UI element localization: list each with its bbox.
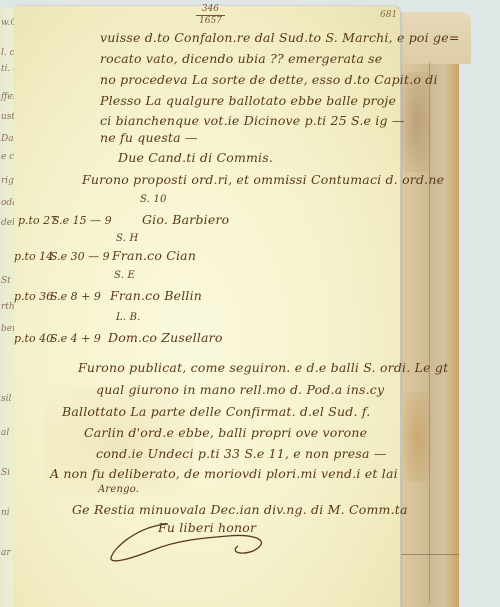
- folio-number-corner: 681: [380, 10, 397, 20]
- manuscript-line: Plesso La qualgure ballotato ebbe balle …: [100, 93, 396, 108]
- vellum-wrapper-edge: [401, 12, 459, 607]
- facing-page-fragment: ni: [1, 508, 10, 518]
- signature-text: Fu liberi honor: [158, 520, 256, 535]
- facing-page-fragment: sil: [1, 394, 11, 404]
- vote-tally-value: S.e 15 — 9: [52, 214, 112, 227]
- folio-lower: 1657: [196, 15, 225, 27]
- candidate-sponsor: S. 10: [140, 194, 167, 205]
- manuscript-line: A non fu deliberato, de moriovdi plori.m…: [50, 466, 398, 481]
- folio-number-top: 346 1657: [196, 4, 225, 27]
- facing-page-fragment: Si: [1, 468, 10, 478]
- manuscript-line: Arengo.: [98, 484, 139, 495]
- candidate-name: Fran.co Bellin: [110, 288, 202, 303]
- manuscript-line: Ballottato La parte delle Confirmat. d.e…: [62, 404, 370, 419]
- vote-tally-value: S.e 8 + 9: [50, 290, 101, 303]
- facing-page-fragment: al: [1, 428, 9, 438]
- wrapper-fold-line: [401, 554, 459, 555]
- candidate-sponsor: S. H: [116, 233, 138, 244]
- candidate-sponsor: S. E: [114, 270, 135, 281]
- manuscript-line: Carlin d'ord.e ebbe, balli propri ove vo…: [84, 425, 367, 440]
- manuscript-line: no procedeva La sorte de dette, esso d.t…: [100, 72, 438, 87]
- manuscript-line: cond.ie Undeci p.ti 33 S.e 11, e non pre…: [96, 446, 387, 461]
- candidate-sponsor: L. B.: [116, 312, 141, 323]
- manuscript-scan: w.G l. co ti. con ffem ustm Dall e con r…: [0, 0, 500, 607]
- manuscript-line: rocato vato, dicendo ubia ?? emergerata …: [100, 51, 382, 66]
- manuscript-line: ci bianchenque vot.ie Dicinove p.ti 25 S…: [100, 113, 405, 128]
- facing-page-fragment: ar: [1, 548, 11, 558]
- vote-tally-label: p.to 40: [14, 332, 53, 345]
- candidate-name: Gio. Barbiero: [142, 212, 229, 227]
- wrapper-stain: [401, 72, 431, 172]
- manuscript-line: Furono publicat, come seguiron. e d.e ba…: [78, 360, 448, 375]
- manuscript-line: Ge Restia minuovala Dec.ian div.ng. di M…: [72, 502, 408, 517]
- vote-tally-label: p.to 36: [14, 290, 53, 303]
- section-heading: Due Cand.ti di Commis.: [118, 150, 273, 165]
- vote-tally-label: p.to 14: [14, 250, 53, 263]
- wrapper-fold-line: [429, 62, 430, 602]
- manuscript-line: vuisse d.to Confalon.re dal Sud.to S. Ma…: [100, 30, 460, 45]
- folio-upper: 346: [202, 4, 219, 14]
- vote-tally-value: S.e 30 — 9: [50, 250, 110, 263]
- manuscript-line: qual giurono in mano rell.mo d. Pod.a in…: [96, 382, 384, 397]
- vote-tally-value: S.e 4 + 9: [50, 332, 101, 345]
- candidate-name: Fran.co Cian: [112, 248, 196, 263]
- manuscript-line: ne fu questa —: [100, 130, 198, 145]
- wrapper-stain: [403, 392, 431, 482]
- facing-page-fragment: St: [1, 276, 11, 286]
- manuscript-line: Furono proposti ord.ri, et ommissi Contu…: [82, 172, 444, 187]
- candidate-name: Dom.co Zusellaro: [108, 330, 223, 345]
